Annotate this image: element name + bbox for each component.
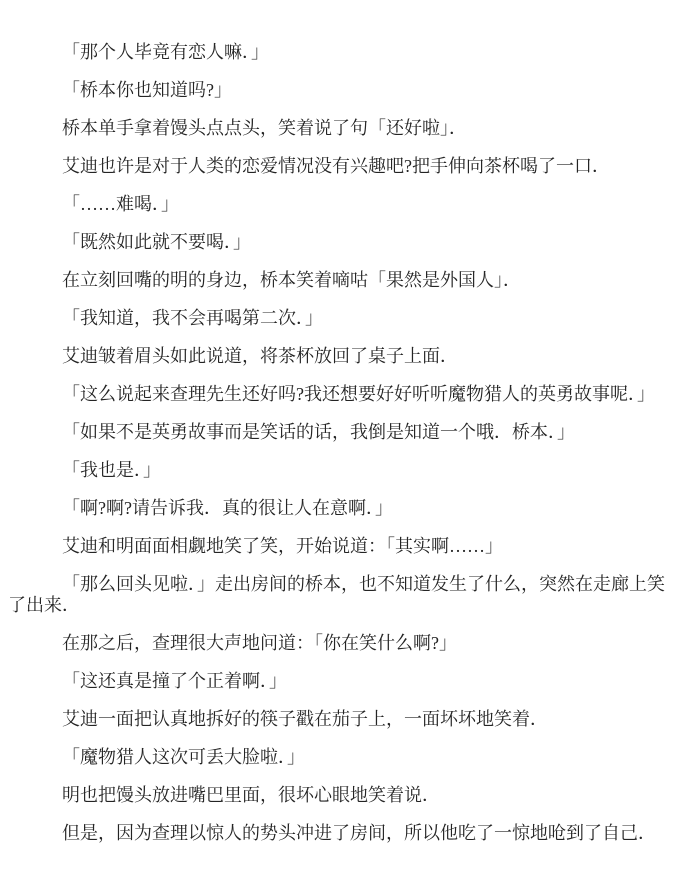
- text-body: 「那个人毕竟有恋人嘛．」「桥本你也知道吗?」桥本单手拿着馒头点点头，笑着说了句「…: [8, 42, 678, 844]
- paragraph: 「这还真是撞了个正着啊．」: [8, 671, 678, 692]
- paragraph: 艾迪和明面面相觑地笑了笑，开始说道：「其实啊……」: [8, 536, 678, 557]
- paragraph: 「……难喝．」: [8, 194, 678, 215]
- paragraph: 「如果不是英勇故事而是笑话的话，我倒是知道一个哦．桥本．」: [8, 422, 678, 443]
- paragraph: 在那之后，查理很大声地问道：「你在笑什么啊?」: [8, 633, 678, 654]
- paragraph: 艾迪一面把认真地拆好的筷子戳在茄子上，一面坏坏地笑着．: [8, 709, 678, 730]
- paragraph: 明也把馒头放进嘴巴里面，很坏心眼地笑着说．: [8, 785, 678, 806]
- paragraph: 在立刻回嘴的明的身边，桥本笑着嘀咕「果然是外国人」．: [8, 270, 678, 291]
- paragraph: 「那么回头见啦．」走出房间的桥本，也不知道发生了什么，突然在走廊上笑了出来．: [8, 574, 678, 616]
- paragraph: 「啊?啊?请告诉我．真的很让人在意啊．」: [8, 498, 678, 519]
- paragraph: 「魔物猎人这次可丢大脸啦．」: [8, 747, 678, 768]
- paragraph: 艾迪皱着眉头如此说道，将茶杯放回了桌子上面．: [8, 346, 678, 367]
- paragraph: 桥本单手拿着馒头点点头，笑着说了句「还好啦」．: [8, 118, 678, 139]
- paragraph: 「我知道，我不会再喝第二次．」: [8, 308, 678, 329]
- document-page: 「那个人毕竟有恋人嘛．」「桥本你也知道吗?」桥本单手拿着馒头点点头，笑着说了句「…: [0, 0, 680, 880]
- paragraph: 但是，因为查理以惊人的势头冲进了房间，所以他吃了一惊地呛到了自己．: [8, 823, 678, 844]
- paragraph: 「既然如此就不要喝．」: [8, 232, 678, 253]
- paragraph: 「那个人毕竟有恋人嘛．」: [8, 42, 678, 63]
- paragraph: 「桥本你也知道吗?」: [8, 80, 678, 101]
- paragraph: 艾迪也许是对于人类的恋爱情况没有兴趣吧?把手伸向茶杯喝了一口．: [8, 156, 678, 177]
- paragraph: 「我也是．」: [8, 460, 678, 481]
- paragraph: 「这么说起来查理先生还好吗?我还想要好好听听魔物猎人的英勇故事呢．」: [8, 384, 678, 405]
